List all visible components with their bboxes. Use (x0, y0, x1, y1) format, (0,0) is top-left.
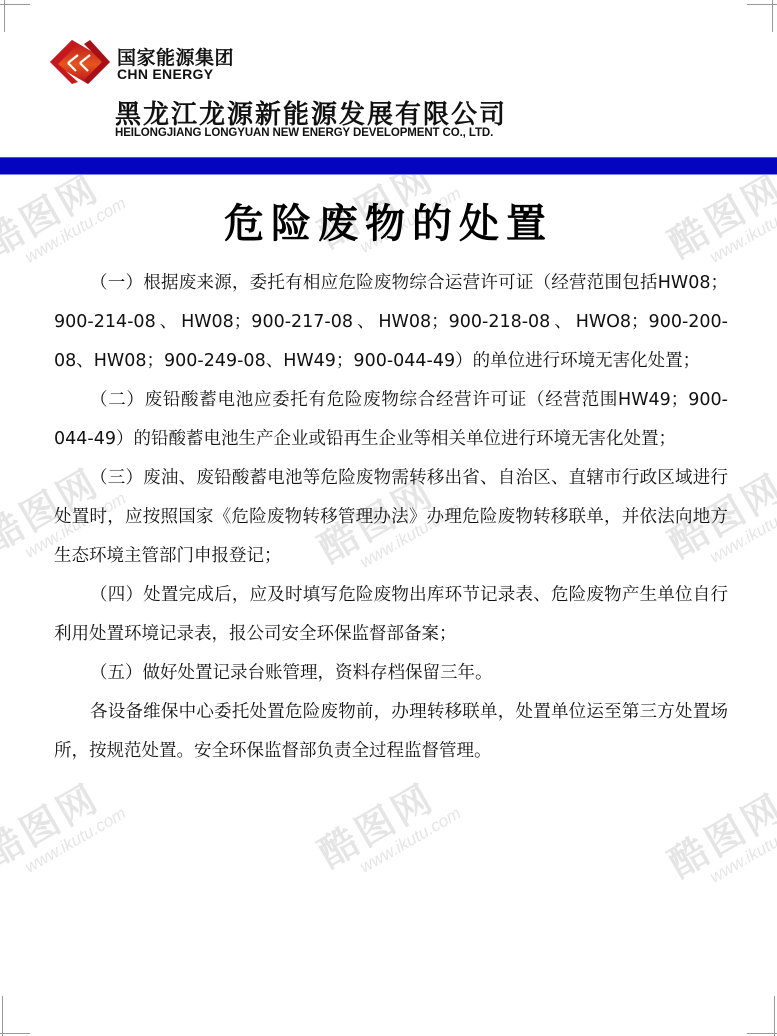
group-name-en: CHN ENERGY (117, 66, 213, 82)
paragraph-1: （一）根据废来源，委托有相应危险废物综合运营许可证（经营范围包括HW08；900… (54, 264, 728, 381)
header-divider-bar (0, 157, 777, 175)
document-body: （一）根据废来源，委托有相应危险废物综合运营许可证（经营范围包括HW08；900… (54, 264, 728, 771)
watermark: 酷图网www.ikutu.com (307, 759, 465, 891)
watermark: 酷图网www.ikutu.com (657, 769, 777, 901)
paragraph-2: （二）废铅酸蓄电池应委托有危险废物综合经营许可证（经营范围HW49；900-04… (54, 381, 728, 459)
company-name-en: HEILONGJIANG LONGYUAN NEW ENERGY DEVELOP… (115, 127, 493, 139)
paragraph-5: （五）做好处置记录台账管理，资料存档保留三年。 (54, 654, 728, 693)
company-name-cn: 黑龙江龙源新能源发展有限公司 (115, 94, 507, 131)
crop-mark-bottom-left (0, 1033, 30, 1034)
crop-mark-bottom-right-v (774, 996, 775, 1036)
watermark: 酷图网www.ikutu.com (0, 759, 130, 891)
crop-mark-bottom-left-v (2, 996, 3, 1036)
page-title: 危险废物的处置 (0, 192, 777, 249)
paragraph-3: （三）废油、废铅酸蓄电池等危险废物需转移出省、自治区、直辖市行政区域进行处置时，… (54, 459, 728, 576)
letterhead: 国家能源集团 CHN ENERGY 黑龙江龙源新能源发展有限公司 HEILONG… (0, 0, 777, 180)
chn-energy-logo-icon (48, 38, 112, 86)
paragraph-4: （四）处置完成后，应及时填写危险废物出库环节记录表、危险废物产生单位自行利用处置… (54, 576, 728, 654)
paragraph-6: 各设备维保中心委托处置危险废物前，办理转移联单，处置单位运至第三方处置场所，按规… (54, 693, 728, 771)
crop-mark-bottom-right (747, 1033, 777, 1034)
